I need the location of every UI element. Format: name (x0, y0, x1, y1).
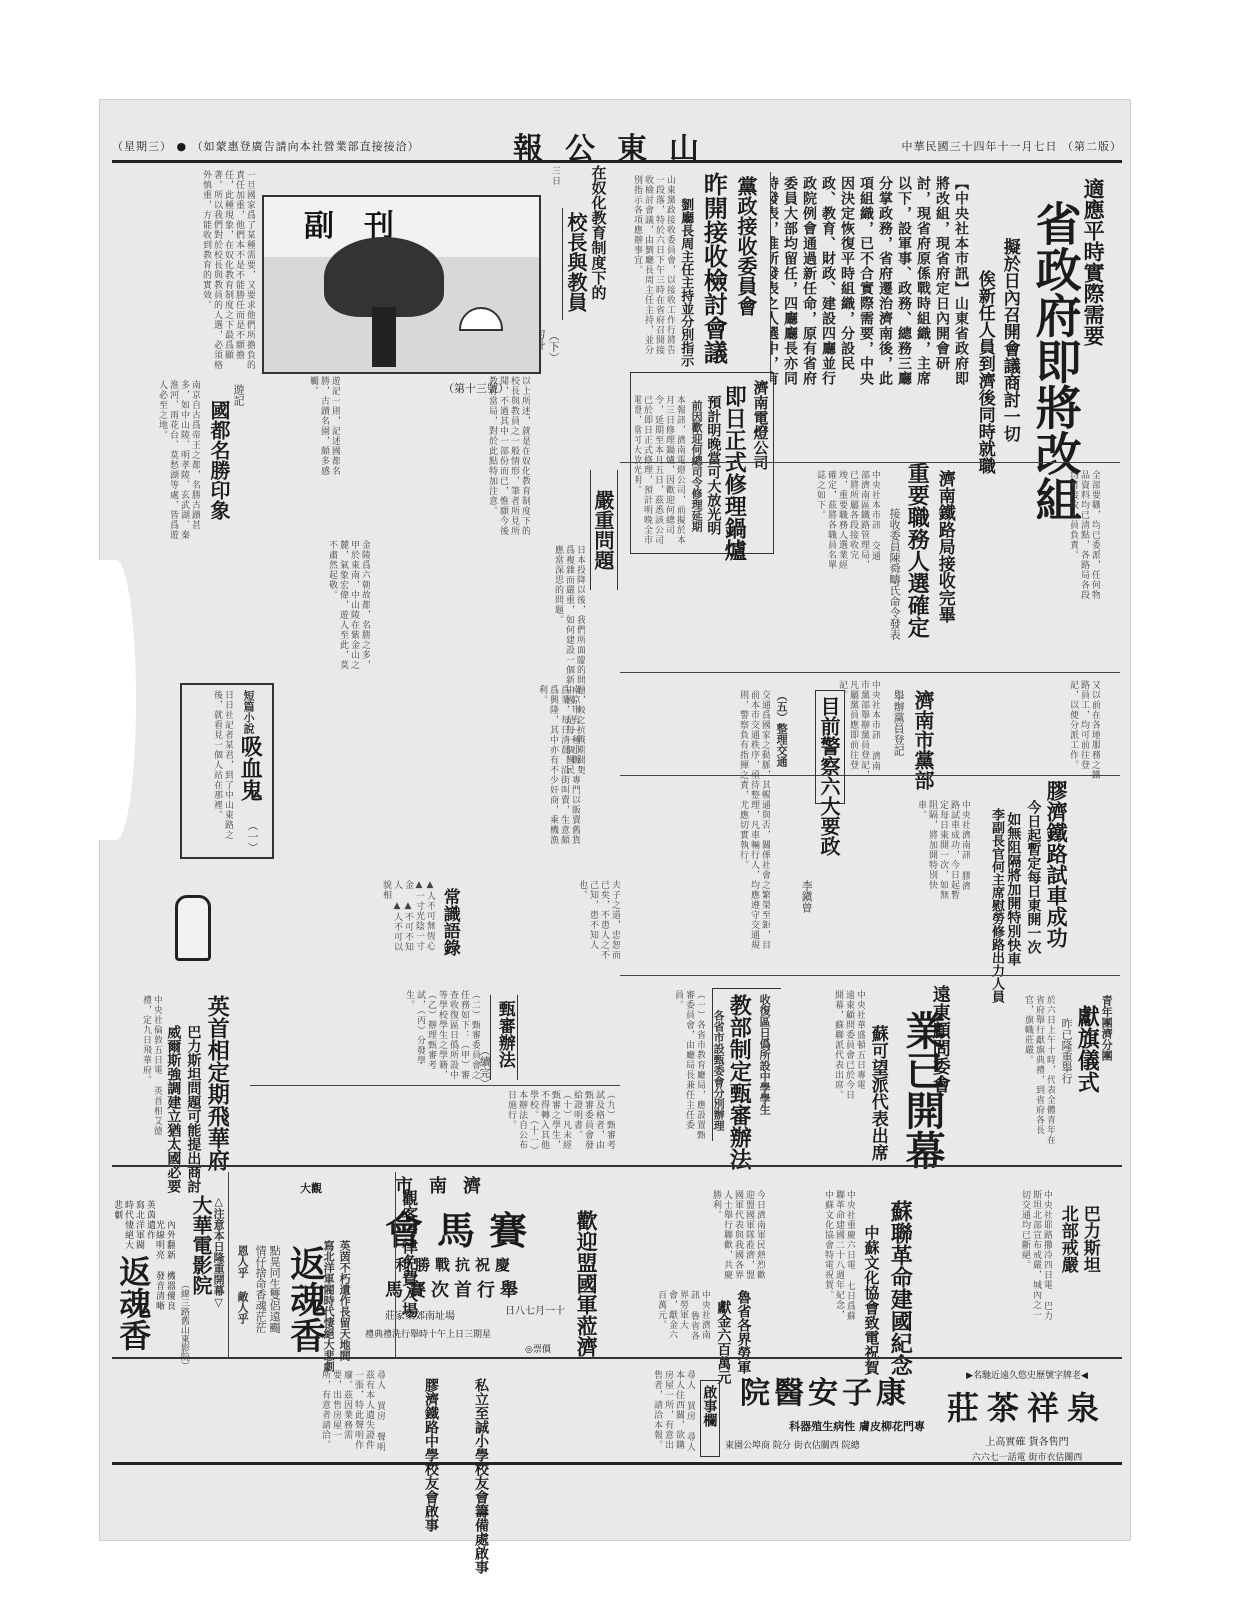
movie1-tagline: 英茵不朽遺作長留天地間 (338, 1240, 350, 1361)
jiaoji-subhead-3: 李副長官何主席慰勞修路出力人員 (975, 808, 1003, 1003)
proverbs-headline: 常識語錄 (440, 888, 459, 956)
jiaoji-headline: 膠濟鐵路試車成功 (1045, 780, 1068, 948)
clinic-address: 總院 西關估衣街 分院 商埠公園東 (725, 1438, 925, 1451)
essay-part: （下） (547, 330, 559, 363)
flag-headline: 獻旗儀式 (1075, 1005, 1099, 1093)
soviet-subhead: 中蘇文化協會致電祝賀 (863, 1225, 880, 1375)
city-party-subhead: 舉辦黨員登記 (892, 690, 904, 756)
lead-kicker: 適應平時實際需要 (1082, 178, 1105, 346)
movie1-title: 返魂香 (285, 1245, 325, 1353)
party-headline: 黨政接收委員會 (735, 176, 757, 316)
jiaoji-subhead-1: 今日起暫定每日東開一次 (1025, 800, 1040, 954)
movie1-cast: 點晃同生雙侶遠颺 (268, 1245, 280, 1333)
donation-headline: 魯省各界勞軍 (735, 1290, 750, 1374)
ad-notice: （如蒙惠登廣告請向本社營業部直接接洽） (192, 140, 420, 153)
clinic-ad: 康子安醫院 專門花柳皮膚 性病生殖器科 總院 西關估衣街 分院 商埠公園東 (725, 1368, 925, 1460)
party-subhead: 劉廳長周主任主持並分別指示 (678, 198, 692, 367)
uk-subhead-2: 威爾斯強調建立猶太國必要 (165, 1025, 180, 1193)
party-headline-2: 昨開接收檢討會議 (700, 172, 726, 364)
exam-subhead: 各省市設甄委會分別辦理 (712, 1010, 724, 1131)
classified-ads-left: 尋人 買房 聲明 茲有本人遺失證件一張，特此聲明作廢。茲因業務需要，出售房屋一所… (115, 1370, 385, 1455)
fareast-headline: 業已開幕 (900, 1010, 944, 1170)
movie1-lines: 恩人乎 敵人乎 (236, 1245, 248, 1324)
masthead: 中華民國三十四年十一月七日 （第二版） 山東公報 （星期三） ● （如蒙惠登廣告… (112, 124, 1122, 158)
movie2-theater: 大華電影院 (190, 1195, 212, 1295)
exam-headline: 教部制定甄審辦法 (727, 994, 751, 1170)
railway-note: 接收委員陳舜疇氏命令發表 (888, 508, 900, 640)
railway-headline: 濟南鐵路局接收完畢 (935, 470, 954, 623)
short-story-kicker: 短篇小說 (242, 690, 254, 734)
uk-headline: 英首相定期飛華府 (205, 995, 229, 1171)
tea-banner: ◀老牌字號歷史悠久遠近馳名▶ (932, 1368, 1122, 1381)
tea-shop-ad: ◀老牌字號歷史悠久遠近馳名▶ 泉祥茶莊 門售各貨 確實高上 西關估衣市街 電話一… (932, 1368, 1122, 1460)
column-rule (770, 172, 771, 382)
travel-kicker: 遊記 (232, 384, 244, 406)
clinic-name: 康子安醫院 (725, 1368, 925, 1412)
power-subhead: 預計明晚當可大放光明 (705, 395, 720, 535)
clinic-specialty: 專門花柳皮膚 性病生殖器科 (725, 1418, 925, 1434)
flag-kicker: 青年團濟分團 (1100, 995, 1112, 1061)
police-author: 李鎭曾 (800, 880, 812, 913)
illustration-panel: 副刊 （第十三號） (262, 195, 541, 374)
essay-kicker: 在奴化教育制度下的 (590, 165, 607, 300)
lead-subhead-2: 俟新任人員到濟後同時就職 (975, 270, 994, 474)
short-story-part: （一） (246, 820, 258, 853)
horse-race-ad: 濟南市 賽馬會 慶祝抗戰勝利 舉行首次賽馬 場址南郊梁家莊 十一月七八日 星期三… (355, 1172, 570, 1352)
police-section: （五）整理交通 (775, 690, 787, 767)
palestine-headline: 巴力斯坦 (1080, 1205, 1099, 1273)
notice-column-label: 啟事欄 (701, 1385, 716, 1427)
movie2-label: 英茵遺作 寫北洋軍閥時代悽絕大悲劇 (115, 1200, 155, 1250)
race-ticket: ◎票價 (525, 1342, 551, 1355)
school-notice-2: 私立至誠小學校友會籌備處啟事 (432, 1378, 488, 1574)
tea-goods: 門售各貨 確實高上 (932, 1433, 1122, 1448)
uk-subhead-1: 巴力斯坦問題可能提出商討 (185, 1025, 200, 1193)
power-lead: 前因歡迎何總司令修理延期 (690, 400, 702, 532)
lead-subhead-1: 擬於日內召開會議商討一切 (1000, 238, 1019, 442)
travel-headline: 國都名勝印象 (208, 400, 230, 520)
movie1-line-2: 寫北洋軍閥時代悽絕大悲劇 (322, 1240, 334, 1372)
movie2-notice: △注意本日隆重開幕▽ (212, 1195, 224, 1309)
classified-ads-right: 尋人 買房 尋人 本人住西關，欲購房屋一所，有意出售者，請洽本報。 (500, 1370, 695, 1455)
ad-notice-and-weekday: （星期三） ● （如蒙惠登廣告請向本社營業部直接接洽） (112, 138, 420, 154)
movie2-features: 內外翻新 機器優良 光線明亮 發音清晰 座位舒適 設備完善 (155, 1220, 175, 1330)
jiaoji-subhead-2: 如無阻隔將加開特別快車 (1005, 812, 1020, 966)
race-free-entry: 觀客一律免費入場 (400, 1190, 418, 1318)
serious-problem-headline: 嚴重問題 (592, 490, 614, 570)
torn-edge (96, 560, 136, 840)
weekday-label: （星期三） (112, 140, 172, 153)
railway-subhead: 重要職務人選確定 (905, 462, 929, 638)
palestine-subhead: 北部戒嚴 (1058, 1205, 1077, 1273)
power-company: 濟南電燈公司 (752, 380, 769, 470)
welcome-headline: 歡迎盟國軍蒞濟 (575, 1210, 598, 1357)
short-story-headline: 吸血鬼 (238, 735, 262, 801)
masthead-rule (112, 160, 1122, 163)
tea-name: 泉祥茶莊 (932, 1383, 1122, 1429)
exam-kicker: 收復區日僞所設中學學生 (758, 994, 770, 1115)
exam-detail-headline: 甄審辦法 (495, 1000, 514, 1068)
flag-subhead: 昨已隆重舉行 (1060, 1018, 1072, 1084)
soviet-headline: 蘇聯革命建國紀念 (888, 1200, 912, 1376)
essay-headline: 校長與教員 (565, 212, 587, 312)
bell-illustration (175, 895, 211, 961)
lead-body: 【中央社本市訊】山東省政府即將改組，現省府定日內開會研討，現省府原係戰時組織，主… (770, 176, 970, 386)
movie1-cast-2: 情仔捨命香魂茫茫 (254, 1245, 266, 1333)
race-time: 星期三日上午十時舉行洗禮典禮 (365, 1327, 491, 1340)
police-headline: 目前警察六大要政 (818, 696, 840, 856)
party-body: 山東黨政接收委員會，以接收工作行將告一段落，特於六日下午三時在省府召開接收檢討會… (610, 175, 675, 355)
movie1-theater: 大觀 (300, 1180, 322, 1196)
movie2-title: 返魂香 (115, 1255, 150, 1351)
race-date: 十一月七八日 (505, 1302, 565, 1317)
power-headline: 即日正式修理鍋爐 (722, 385, 746, 561)
left-column-text: 一旦國家爲了某種需要，又要求他們所擔負的責任加重，他們本不是不能勝任而是不願擔任… (120, 170, 255, 370)
fareast-subhead: 蘇可望派代表出席 (868, 1025, 887, 1161)
